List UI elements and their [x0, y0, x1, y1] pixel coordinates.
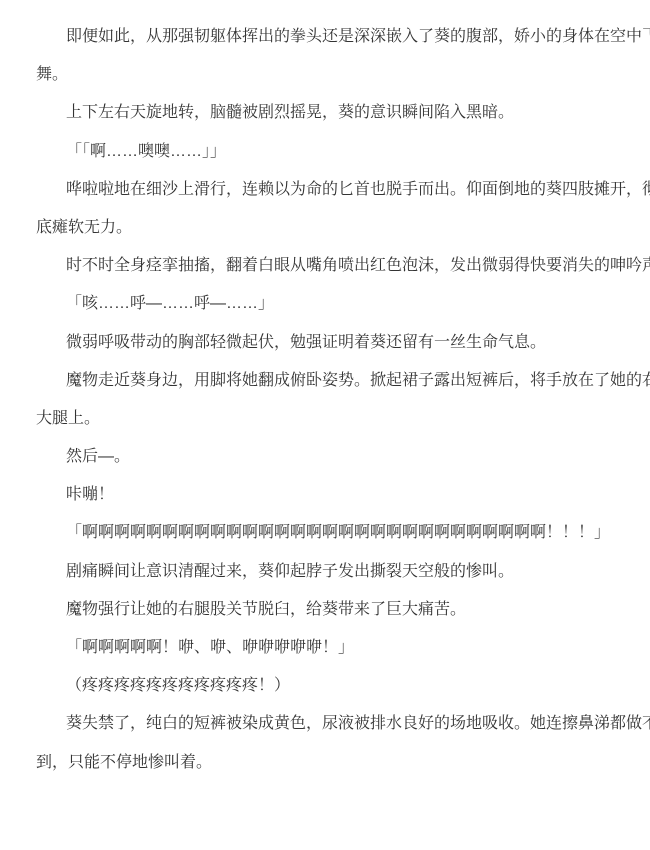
text-line: 哗啦啦地在细沙上滑行，连赖以为命的匕首也脱手而出。仰面倒地的葵四肢摊开，彻: [36, 171, 614, 209]
text-line: 时不时全身痉挛抽搐，翻着白眼从嘴角喷出红色泡沫，发出微弱得快要消失的呻吟声。: [36, 247, 614, 285]
paragraph: 即便如此，从那强韧躯体挥出的拳头还是深深嵌入了葵的腹部，娇小的身体在空中飞舞。: [36, 18, 614, 94]
paragraph: 咔嘣！: [36, 476, 614, 514]
document-body: 即便如此，从那强韧躯体挥出的拳头还是深深嵌入了葵的腹部，娇小的身体在空中飞舞。上…: [36, 18, 614, 782]
text-line: 微弱呼吸带动的胸部轻微起伏，勉强证明着葵还留有一丝生命气息。: [36, 324, 614, 362]
text-line: 然后—。: [36, 438, 614, 476]
paragraph: （疼疼疼疼疼疼疼疼疼疼疼！）: [36, 667, 614, 705]
text-line: 「「啊……噢噢……」」: [36, 133, 614, 171]
text-line: （疼疼疼疼疼疼疼疼疼疼疼！）: [36, 667, 614, 705]
paragraph: 上下左右天旋地转，脑髓被剧烈摇晃，葵的意识瞬间陷入黑暗。: [36, 94, 614, 132]
text-line: 到，只能不停地惨叫着。: [36, 744, 614, 782]
text-line: 魔物走近葵身边，用脚将她翻成俯卧姿势。掀起裙子露出短裤后，将手放在了她的右: [36, 362, 614, 400]
document-page: 即便如此，从那强韧躯体挥出的拳头还是深深嵌入了葵的腹部，娇小的身体在空中飞舞。上…: [0, 0, 650, 850]
text-line: 「咳……呼—……呼—……」: [36, 285, 614, 323]
paragraph: 葵失禁了，纯白的短裤被染成黄色，尿液被排水良好的场地吸收。她连擦鼻涕都做不到，只…: [36, 705, 614, 781]
paragraph: 然后—。: [36, 438, 614, 476]
paragraph: 微弱呼吸带动的胸部轻微起伏，勉强证明着葵还留有一丝生命气息。: [36, 324, 614, 362]
text-line: 咔嘣！: [36, 476, 614, 514]
paragraph: 「啊啊啊啊啊！咿、咿、咿咿咿咿咿！」: [36, 629, 614, 667]
paragraph: 哗啦啦地在细沙上滑行，连赖以为命的匕首也脱手而出。仰面倒地的葵四肢摊开，彻底瘫软…: [36, 171, 614, 247]
paragraph: 剧痛瞬间让意识清醒过来，葵仰起脖子发出撕裂天空般的惨叫。: [36, 553, 614, 591]
paragraph: 「咳……呼—……呼—……」: [36, 285, 614, 323]
text-line: 大腿上。: [36, 400, 614, 438]
text-line: 上下左右天旋地转，脑髓被剧烈摇晃，葵的意识瞬间陷入黑暗。: [36, 94, 614, 132]
text-line: 即便如此，从那强韧躯体挥出的拳头还是深深嵌入了葵的腹部，娇小的身体在空中飞: [36, 18, 614, 56]
paragraph: 魔物走近葵身边，用脚将她翻成俯卧姿势。掀起裙子露出短裤后，将手放在了她的右大腿上…: [36, 362, 614, 438]
text-line: 「啊啊啊啊啊啊啊啊啊啊啊啊啊啊啊啊啊啊啊啊啊啊啊啊啊啊啊啊啊！！！」: [36, 514, 614, 552]
paragraph: 「「啊……噢噢……」」: [36, 133, 614, 171]
text-line: 剧痛瞬间让意识清醒过来，葵仰起脖子发出撕裂天空般的惨叫。: [36, 553, 614, 591]
paragraph: 时不时全身痉挛抽搐，翻着白眼从嘴角喷出红色泡沫，发出微弱得快要消失的呻吟声。: [36, 247, 614, 285]
text-line: 魔物强行让她的右腿股关节脱臼，给葵带来了巨大痛苦。: [36, 591, 614, 629]
paragraph: 魔物强行让她的右腿股关节脱臼，给葵带来了巨大痛苦。: [36, 591, 614, 629]
text-line: 葵失禁了，纯白的短裤被染成黄色，尿液被排水良好的场地吸收。她连擦鼻涕都做不: [36, 705, 614, 743]
text-line: 舞。: [36, 56, 614, 94]
text-line: 底瘫软无力。: [36, 209, 614, 247]
paragraph: 「啊啊啊啊啊啊啊啊啊啊啊啊啊啊啊啊啊啊啊啊啊啊啊啊啊啊啊啊啊！！！」: [36, 514, 614, 552]
text-line: 「啊啊啊啊啊！咿、咿、咿咿咿咿咿！」: [36, 629, 614, 667]
